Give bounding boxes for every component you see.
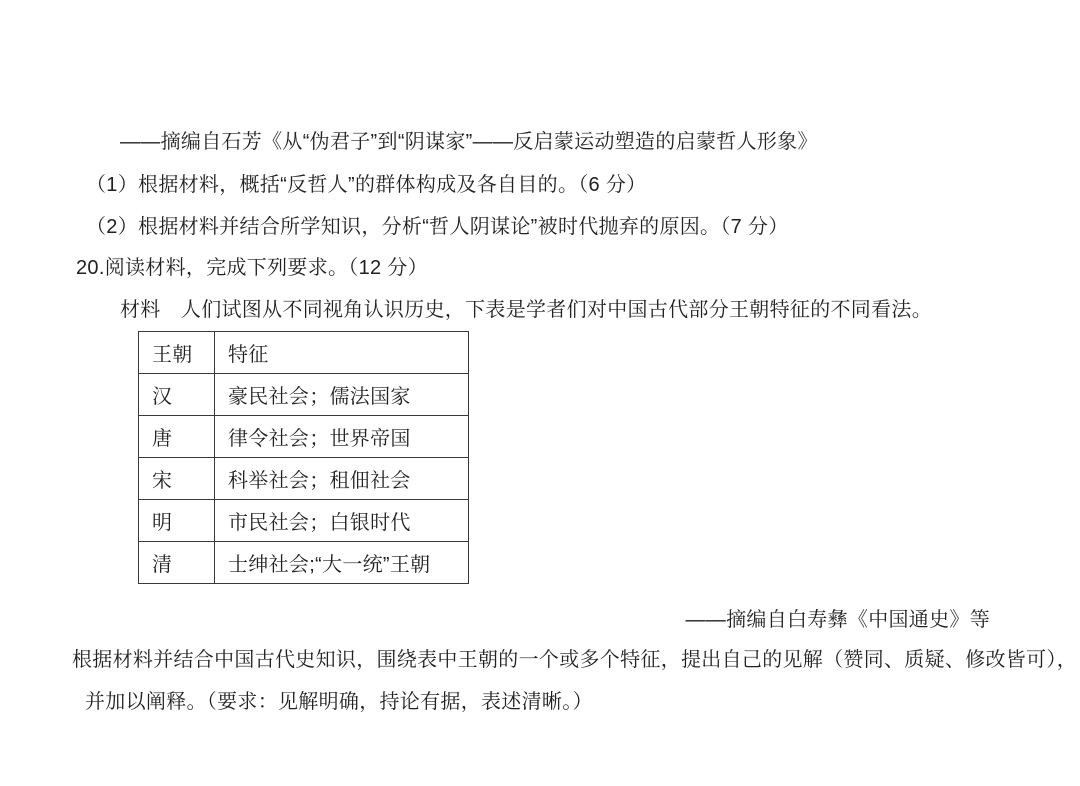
table-header-feature: 特征 xyxy=(215,332,469,374)
table-cell-dynasty: 汉 xyxy=(139,374,215,416)
table-cell-dynasty: 唐 xyxy=(139,416,215,458)
table-header-dynasty: 王朝 xyxy=(139,332,215,374)
table-row: 宋 科举社会；租佃社会 xyxy=(139,458,469,500)
source-attribution-1: ——摘编自石芳《从“伪君子”到“阴谋家”——反启蒙运动塑造的启蒙哲人形象》 xyxy=(120,128,818,156)
task-paragraph-line-1: 根据材料并结合中国古代史知识，围绕表中王朝的一个或多个特征，提出自己的见解（赞同… xyxy=(72,646,1077,674)
table-header-row: 王朝 特征 xyxy=(139,332,469,374)
table-cell-dynasty: 明 xyxy=(139,500,215,542)
document-page: ——摘编自石芳《从“伪君子”到“阴谋家”——反启蒙运动塑造的启蒙哲人形象》 （1… xyxy=(0,0,1080,786)
question-20-heading: 20.阅读材料，完成下列要求。（12 分） xyxy=(76,254,428,282)
source-attribution-2: ——摘编自白寿彝《中国通史》等 xyxy=(686,606,991,634)
table-row: 清 士绅社会;“大一统”王朝 xyxy=(139,542,469,584)
material-intro: 材料 人们试图从不同视角认识历史，下表是学者们对中国古代部分王朝特征的不同看法。 xyxy=(120,296,932,324)
table-row: 唐 律令社会；世界帝国 xyxy=(139,416,469,458)
table-cell-dynasty: 清 xyxy=(139,542,215,584)
table-cell-dynasty: 宋 xyxy=(139,458,215,500)
table-cell-feature: 市民社会；白银时代 xyxy=(215,500,469,542)
task-paragraph-line-2: 并加以阐释。（要求：见解明确，持论有据，表述清晰。） xyxy=(85,688,593,716)
table-cell-feature: 士绅社会;“大一统”王朝 xyxy=(215,542,469,584)
table-row: 明 市民社会；白银时代 xyxy=(139,500,469,542)
table-cell-feature: 科举社会；租佃社会 xyxy=(215,458,469,500)
dynasty-characteristics-table: 王朝 特征 汉 豪民社会；儒法国家 唐 律令社会；世界帝国 宋 科举社会；租佃社… xyxy=(138,331,469,584)
question-1: （1）根据材料，概括“反哲人”的群体构成及各自目的。（6 分） xyxy=(86,171,646,199)
question-2: （2）根据材料并结合所学知识，分析“哲人阴谋论”被时代抛弃的原因。（7 分） xyxy=(86,213,789,241)
table-cell-feature: 律令社会；世界帝国 xyxy=(215,416,469,458)
table-row: 汉 豪民社会；儒法国家 xyxy=(139,374,469,416)
table-cell-feature: 豪民社会；儒法国家 xyxy=(215,374,469,416)
